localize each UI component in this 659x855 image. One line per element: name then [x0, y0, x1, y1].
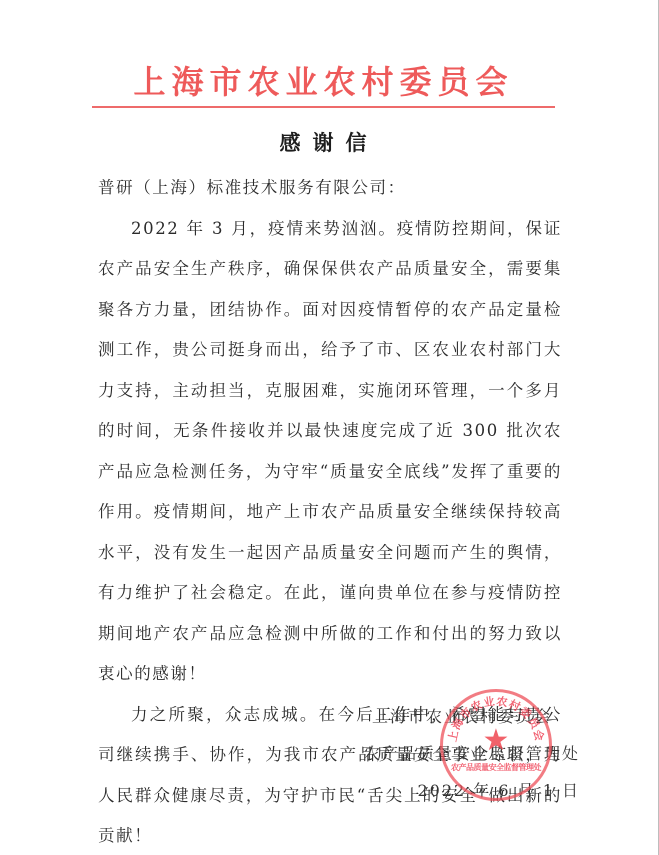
signature-department: 农产品质量安全监督管理处 — [364, 735, 580, 772]
signature-block: 上海市农业农村委员会 农产品质量安全监督管理处 2022 年 6 月 1 日 — [364, 698, 580, 809]
signature-organization: 上海市农业农村委员会 — [364, 698, 580, 735]
salutation: 普研（上海）标准技术服务有限公司： — [98, 168, 562, 209]
letterhead-organization: 上海市农业农村委员会 — [92, 60, 555, 104]
document-title: 感谢信 — [0, 128, 658, 158]
signature-date: 2022 年 6 月 1 日 — [364, 772, 580, 809]
letter-page: 上海市农业农村委员会 感谢信 普研（上海）标准技术服务有限公司： 2022 年 … — [0, 0, 659, 855]
paragraph-1: 2022 年 3 月，疫情来势汹汹。疫情防控期间，保证农产品安全生产秩序，确保保… — [98, 209, 562, 695]
letterhead-divider — [92, 106, 555, 108]
